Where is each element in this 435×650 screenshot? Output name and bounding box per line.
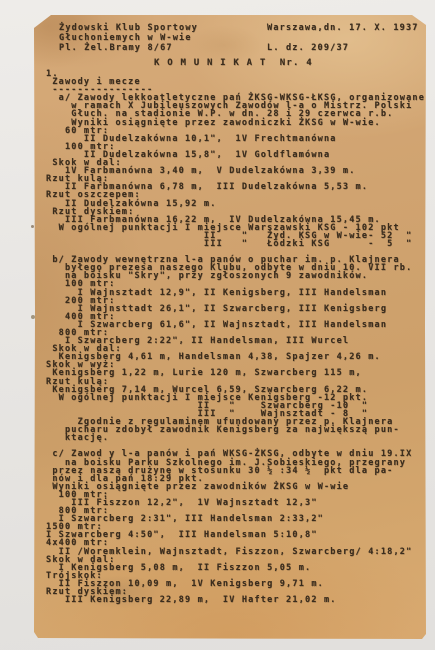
document-content: Żydowski Klub SportowyGłuchoniemych w W-… — [34, 15, 426, 639]
document-line: I Kenigsberg 5,08 m, II Fiszzon 5,05 m. — [46, 564, 426, 572]
date-line: Warszawa,dn. 17. X. 1937 — [267, 23, 419, 33]
document-line: ktację. — [46, 434, 426, 442]
document-line: I Szwarcberg 2:31", III Handelsman 2:33,… — [46, 515, 426, 523]
document-header: Żydowski Klub SportowyGłuchoniemych w W-… — [46, 23, 426, 53]
dust-speck — [31, 225, 34, 228]
dateline: Warszawa,dn. 17. X. 1937 L. dz. 209/37 — [267, 23, 419, 53]
scanned-page-background: Żydowski Klub SportowyGłuchoniemych w W-… — [0, 0, 435, 650]
document-paper: Żydowski Klub SportowyGłuchoniemych w W-… — [34, 15, 426, 639]
dust-speck — [31, 315, 35, 319]
document-line: III " Łódzki KSG - 5 " — [46, 240, 426, 248]
document-body: 1. Zawody i mecze ---------------- a/ Za… — [46, 70, 426, 604]
document-line: III Kenigsberg 22,89 m, IV Hafter 21,02 … — [46, 596, 426, 604]
reference-number: L. dz. 209/37 — [267, 43, 419, 53]
document-title: K O M U N I K A T Nr. 4 — [46, 59, 426, 68]
body-lines: a/ Zawody lekkoatletyczne pań ŻKSG-WKSG-… — [46, 94, 426, 604]
